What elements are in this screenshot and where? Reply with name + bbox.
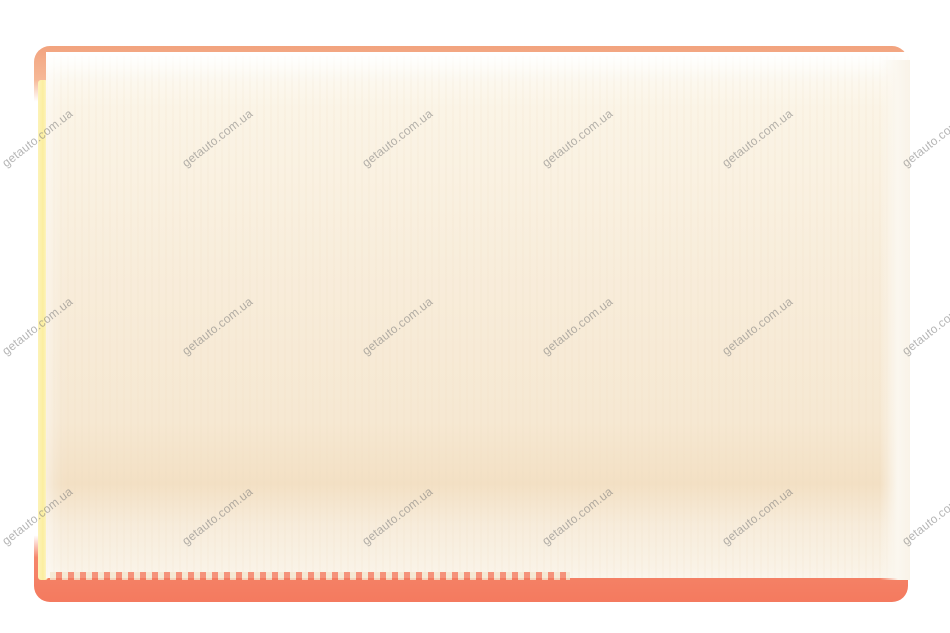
product-photo: getauto.com.uagetauto.com.uagetauto.com.… [0,0,950,633]
filter-media [46,56,910,578]
filter-serrated-edge [50,572,570,580]
filter-right-edge [880,60,910,580]
